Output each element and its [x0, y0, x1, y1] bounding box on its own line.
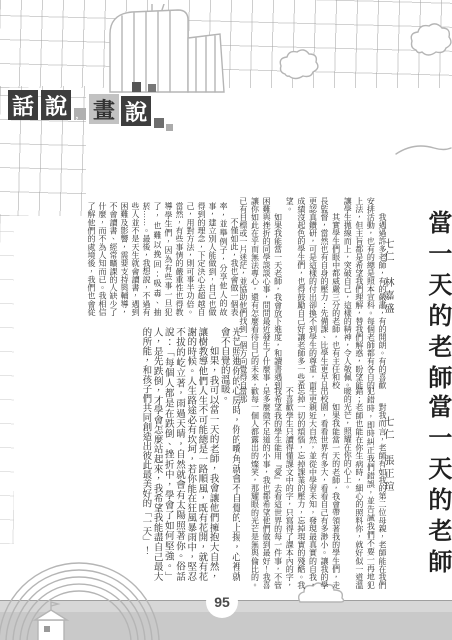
- article-1-paragraph: 我遇過許多老師，有的嚴肅，有的開朗。有的喜歡安排活動，也有的總是照本宣科。每個老…: [342, 197, 388, 389]
- article-1-body: 我遇過許多老師，有的嚴肅，有的開朗。有的喜歡安排活動，也有的總是照本宣科。每個老…: [238, 197, 388, 389]
- magazine-page: 話 說 ， 畫 說 95 當一: [0, 0, 452, 640]
- hill-swoosh-doodle: [394, 140, 452, 160]
- article-2-paragraph: 如果，我可以當一天的老師，我會讓他們擁抱大自然，讓樹教導他們人生不可能總是一路順…: [139, 327, 217, 581]
- article-2-paragraph: 光芒照進你的心房時，你的嘴角就會不自覺的上揚，心裡就會不自覺的溫暖。: [218, 327, 240, 581]
- masthead-char-hua2: 畫: [89, 94, 119, 124]
- article-2-body: 對我而言，老師有如我的第二位母親，老師能在我們犯錯時，即時糾正我們錯誤，並告誡我…: [238, 387, 388, 589]
- masthead-char-hua: 話: [8, 90, 38, 120]
- article-1-continuation: 不僅如此，我也會做一個表率，並舉例子，分享他人的故事，建立別人能做到，自己也做得…: [86, 202, 240, 316]
- page-number: 95: [214, 594, 230, 610]
- masthead-char-shuo2: 說: [121, 96, 151, 126]
- article-1-paragraph: 如果我能當一天老師，我會放下進度，和讀書遇到困難與挫折的同學談談心事，問問最近發…: [238, 197, 284, 389]
- article-2-paragraph: 如果我能當一天的老師，我會帶領著我的學生們，走出校園，看看世界有多大，看看自己有…: [238, 387, 342, 589]
- article-1-paragraph: 其實學生們眼中都威嚴三分的老師，也有主任和校長監督，當然也有自身的壓力：先備課、…: [284, 197, 342, 389]
- article-2-title: 當一天的老師: [420, 394, 452, 584]
- grid-texture-left-edge: [0, 214, 14, 544]
- article-1-paragraph: 不僅如此，我也會做一個表率，並舉例子，分享他人的故事，建立別人能做到，自己也做得…: [86, 202, 240, 316]
- masthead-deco-square: [166, 124, 173, 131]
- article-2-paragraph: 對我而言，老師有如我的第二位母親，老師能在我們犯錯時，即時糾正我們錯誤，並告誡我…: [342, 387, 388, 589]
- house-icon: [35, 602, 67, 640]
- page-number-badge: 95: [206, 586, 238, 618]
- masthead-comma: ，: [74, 108, 86, 120]
- article-2-continuation: 光芒照進你的心房時，你的嘴角就會不自覺的上揚，心裡就會不自覺的溫暖。 如果，我可…: [136, 327, 240, 581]
- building-illustration: [92, 4, 242, 96]
- cloud-icon: [408, 20, 452, 62]
- masthead-char-shuo1: 說: [41, 90, 71, 120]
- masthead-deco-square: [154, 118, 164, 128]
- cloud-icon: [276, 46, 322, 86]
- article-1-title: 當一天的老師: [420, 210, 452, 400]
